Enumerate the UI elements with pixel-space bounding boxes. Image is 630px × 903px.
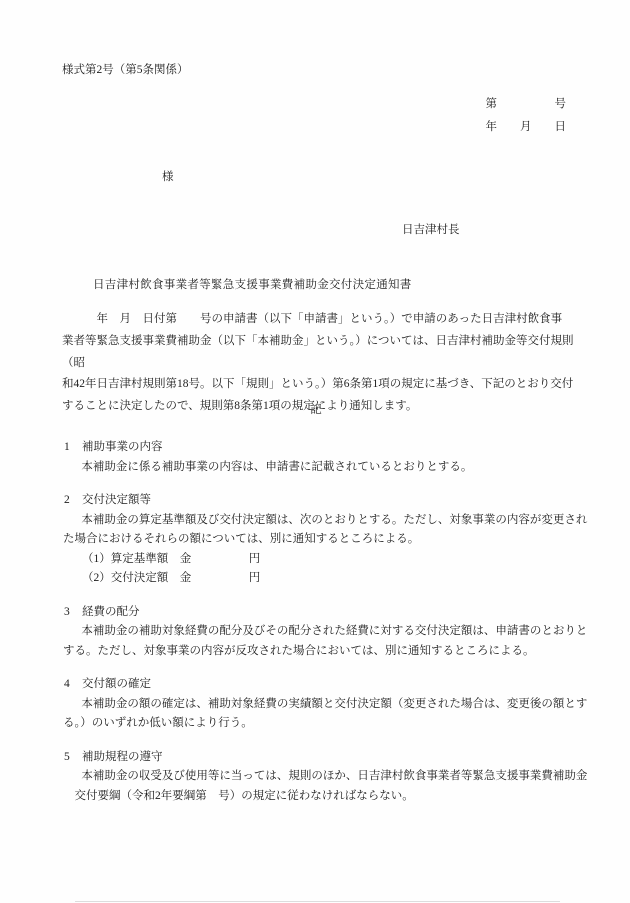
section-number: 3	[64, 603, 82, 623]
notification-document-page: 様式第2号（第5条関係） 第 号 年 月 日 様 日吉津村長 日吉津村飲食事業者…	[0, 0, 630, 903]
section-body-line: する。ただし、対象事業の内容が反攻された場合においては、別に通知するところによる…	[63, 642, 594, 662]
section-body: 本補助金の補助対象経費の配分及びその配分された経費に対する交付決定額は、申請書の…	[62, 622, 594, 661]
section-heading-text: 補助規程の遵守	[82, 751, 163, 763]
document-number-line: 第 号	[486, 93, 567, 116]
section-3: 3経費の配分 本補助金の補助対象経費の配分及びその配分された経費に対する交付決定…	[62, 603, 594, 662]
section-body-line: る。）のいずれか低い額により行う。	[63, 714, 594, 734]
amount-items: （1）算定基準額 金 円 （2）交付決定額 金 円	[62, 550, 594, 589]
section-body-line: 交付要綱（令和2年要綱第 号）の規定に従わなければならない。	[63, 787, 594, 807]
section-heading-text: 経費の配分	[82, 606, 140, 618]
section-heading-text: 補助事業の内容	[82, 441, 163, 453]
document-number-date-block: 第 号 年 月 日	[486, 93, 567, 138]
section-heading: 2交付決定額等	[62, 491, 594, 511]
section-number: 5	[64, 748, 82, 768]
section-heading-text: 交付決定額等	[82, 494, 151, 506]
section-body: 本補助金の収受及び使用等に当っては、規則のほか、日吉津村飲食事業者等緊急支援事業…	[62, 767, 594, 806]
body-paragraph-line: 和42年日吉津村規則第18号。以下「規則」という。）第6条第1項の規定に基づき、…	[62, 374, 592, 396]
section-body-line: 本補助金の算定基準額及び交付決定額は、次のとおりとする。ただし、対象事業の内容が…	[63, 511, 594, 531]
section-body-line: 本補助金の額の確定は、補助対象経費の実績額と交付決定額（変更された場合は、変更後…	[63, 695, 594, 715]
section-body-line: 本補助金の収受及び使用等に当っては、規則のほか、日吉津村飲食事業者等緊急支援事業…	[63, 767, 594, 787]
sender-name: 日吉津村長	[402, 220, 460, 240]
section-1: 1補助事業の内容 本補助金に係る補助事業の内容は、申請書に記載されているとおりと…	[62, 438, 594, 477]
section-5: 5補助規程の遵守 本補助金の収受及び使用等に当っては、規則のほか、日吉津村飲食事…	[62, 748, 594, 807]
sections-list: 1補助事業の内容 本補助金に係る補助事業の内容は、申請書に記載されているとおりと…	[62, 438, 594, 820]
section-heading: 3経費の配分	[62, 603, 594, 623]
section-body-line: 本補助金に係る補助事業の内容は、申請書に記載されているとおりとする。	[63, 458, 594, 478]
section-body: 本補助金の額の確定は、補助対象経費の実績額と交付決定額（変更された場合は、変更後…	[62, 695, 594, 734]
document-title: 日吉津村飲食事業者等緊急支援事業費補助金交付決定通知書	[93, 275, 412, 295]
page-bottom-edge	[75, 901, 560, 902]
section-heading: 4交付額の確定	[62, 675, 594, 695]
record-marker: 記	[62, 400, 570, 420]
section-heading: 1補助事業の内容	[62, 438, 594, 458]
body-paragraph-line: 業者等緊急支援事業費補助金（以下「本補助金」という。）については、日吉津村補助金…	[62, 331, 592, 375]
body-paragraph-line: 年 月 日付第 号の申請書（以下「申請書」という。）で申請のあった日吉津村飲食事	[62, 309, 592, 331]
section-body: 本補助金に係る補助事業の内容は、申請書に記載されているとおりとする。	[62, 458, 594, 478]
amount-item-line: （2）交付決定額 金 円	[82, 569, 594, 589]
section-body-line: た場合におけるそれらの額については、別に通知するところによる。	[63, 530, 594, 550]
section-body: 本補助金の算定基準額及び交付決定額は、次のとおりとする。ただし、対象事業の内容が…	[62, 511, 594, 550]
section-number: 2	[64, 491, 82, 511]
date-line: 年 月 日	[486, 116, 567, 139]
section-number: 1	[64, 438, 82, 458]
form-number: 様式第2号（第5条関係）	[62, 60, 189, 80]
section-heading: 5補助規程の遵守	[62, 748, 594, 768]
amount-item-line: （1）算定基準額 金 円	[82, 550, 594, 570]
section-body-line: 本補助金の補助対象経費の配分及びその配分された経費に対する交付決定額は、申請書の…	[63, 622, 594, 642]
addressee-honorific: 様	[162, 167, 174, 187]
section-2: 2交付決定額等 本補助金の算定基準額及び交付決定額は、次のとおりとする。ただし、…	[62, 491, 594, 589]
section-heading-text: 交付額の確定	[82, 678, 151, 690]
section-number: 4	[64, 675, 82, 695]
section-4: 4交付額の確定 本補助金の額の確定は、補助対象経費の実績額と交付決定額（変更され…	[62, 675, 594, 734]
